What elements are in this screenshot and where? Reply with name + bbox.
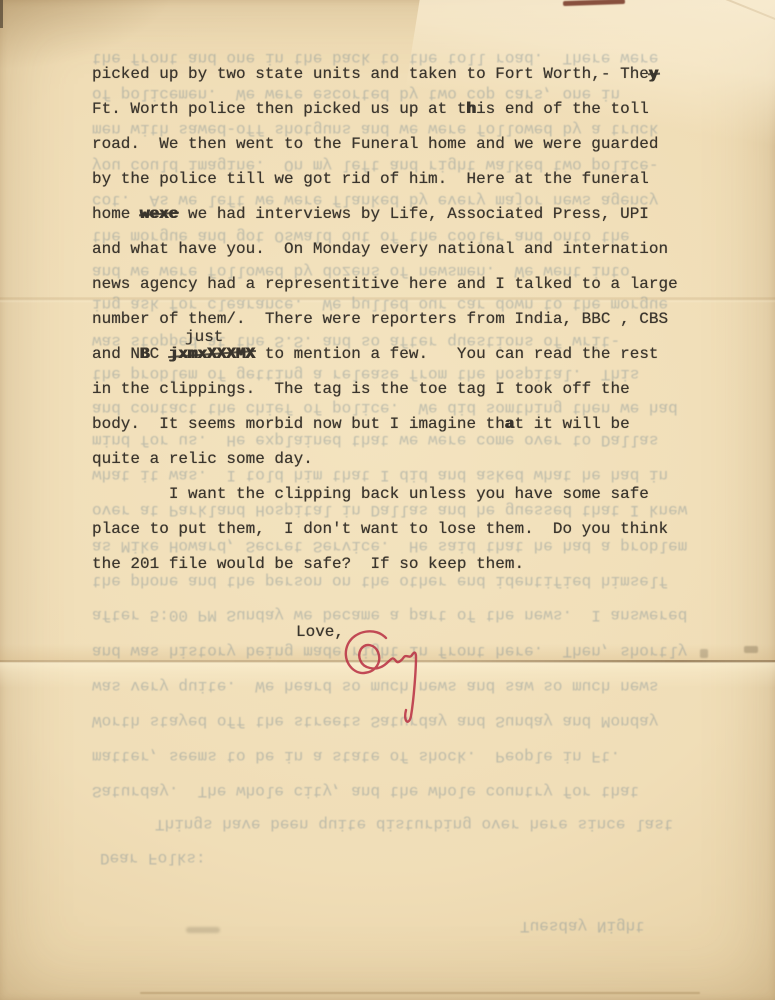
ghost-line: Saturday. The whole city, and the whole … bbox=[92, 781, 639, 801]
typed-text: place to put them, I don't want to lose … bbox=[92, 520, 668, 538]
letter-scan: the front and one in the back to the tol… bbox=[0, 0, 775, 1000]
letter-sheet: the front and one in the back to the tol… bbox=[0, 0, 775, 1000]
typed-text: t it will be bbox=[514, 415, 629, 433]
typed-text: home bbox=[92, 205, 140, 223]
typed-text: and N bbox=[92, 345, 140, 363]
typed-text: in the clippings. The tag is the toe tag… bbox=[92, 380, 630, 398]
typed-line: number of them/. There were reporters fr… bbox=[92, 309, 668, 329]
typed-line: body. It seems morbid now but I imagine … bbox=[92, 414, 630, 434]
overtyped-text: wexe bbox=[140, 205, 178, 223]
typed-text: by the police till we got rid of him. He… bbox=[92, 170, 649, 188]
overtyped-text: jxmxXXXMX bbox=[169, 345, 255, 363]
typed-line: and NBC jxmxXXXMX to mention a few. You … bbox=[92, 344, 659, 364]
overtyped-text: h bbox=[466, 100, 476, 118]
left-edge-shadow bbox=[0, 0, 3, 28]
typed-line: picked up by two state units and taken t… bbox=[92, 64, 659, 84]
right-crease-mark bbox=[744, 646, 758, 653]
typed-text: body. It seems morbid now but I imagine … bbox=[92, 415, 505, 433]
typed-text: picked up by two state units and taken t… bbox=[92, 65, 649, 83]
typed-line: the 201 file would be safe? If so keep t… bbox=[92, 554, 524, 574]
bottom-smudge bbox=[186, 927, 220, 933]
ghost-line: after 5:00 PM Sunday we became a part of… bbox=[92, 605, 687, 625]
typed-line: place to put them, I don't want to lose … bbox=[92, 519, 668, 539]
typed-line: by the police till we got rid of him. He… bbox=[92, 169, 649, 189]
typed-line: in the clippings. The tag is the toe tag… bbox=[92, 379, 630, 399]
typed-text: and what have you. On Monday every natio… bbox=[92, 240, 668, 258]
typed-text: I want the clipping back unless you have… bbox=[92, 485, 649, 503]
typed-line: Ft. Worth police then picked us up at th… bbox=[92, 99, 649, 119]
typed-line: and what have you. On Monday every natio… bbox=[92, 239, 668, 259]
typed-text: Ft. Worth police then picked us up at t bbox=[92, 100, 466, 118]
ghost-line: the phone and the person on the other en… bbox=[92, 571, 668, 591]
overtyped-text: B bbox=[140, 345, 150, 363]
signature-jay bbox=[330, 624, 430, 732]
bottom-sheet-edge bbox=[140, 992, 700, 994]
ghost-line: Dear Folks: bbox=[100, 848, 206, 868]
typed-text: road. We then went to the Funeral home a… bbox=[92, 135, 659, 153]
typed-line: quite a relic some day. bbox=[92, 449, 313, 469]
typed-text: news agency had a representitive here an… bbox=[92, 275, 678, 293]
typed-text: the 201 file would be safe? If so keep t… bbox=[92, 555, 524, 573]
ghost-line: Tuesday Night bbox=[520, 916, 645, 936]
right-crease-speck bbox=[700, 649, 708, 658]
overtyped-text: y bbox=[649, 65, 659, 83]
ghost-line: matter, seems to be in a state of shock.… bbox=[92, 746, 620, 766]
typed-text: quite a relic some day. bbox=[92, 450, 313, 468]
typed-text: we had interviews by Life, Associated Pr… bbox=[178, 205, 648, 223]
typed-line: I want the clipping back unless you have… bbox=[92, 484, 649, 504]
typed-text: to mention a few. You can read the rest bbox=[255, 345, 658, 363]
typed-text: C bbox=[150, 345, 169, 363]
typed-line: home wexe we had interviews by Life, Ass… bbox=[92, 204, 649, 224]
typed-text: is end of the toll bbox=[476, 100, 649, 118]
ghost-line: as Mike Howard, Secret Service. He said … bbox=[92, 536, 687, 556]
typed-text: number of them/. There were reporters fr… bbox=[92, 310, 668, 328]
typed-line: news agency had a representitive here an… bbox=[92, 274, 678, 294]
typed-line: road. We then went to the Funeral home a… bbox=[92, 134, 659, 154]
ghost-line: Things have been quite disturbing over h… bbox=[155, 814, 673, 834]
